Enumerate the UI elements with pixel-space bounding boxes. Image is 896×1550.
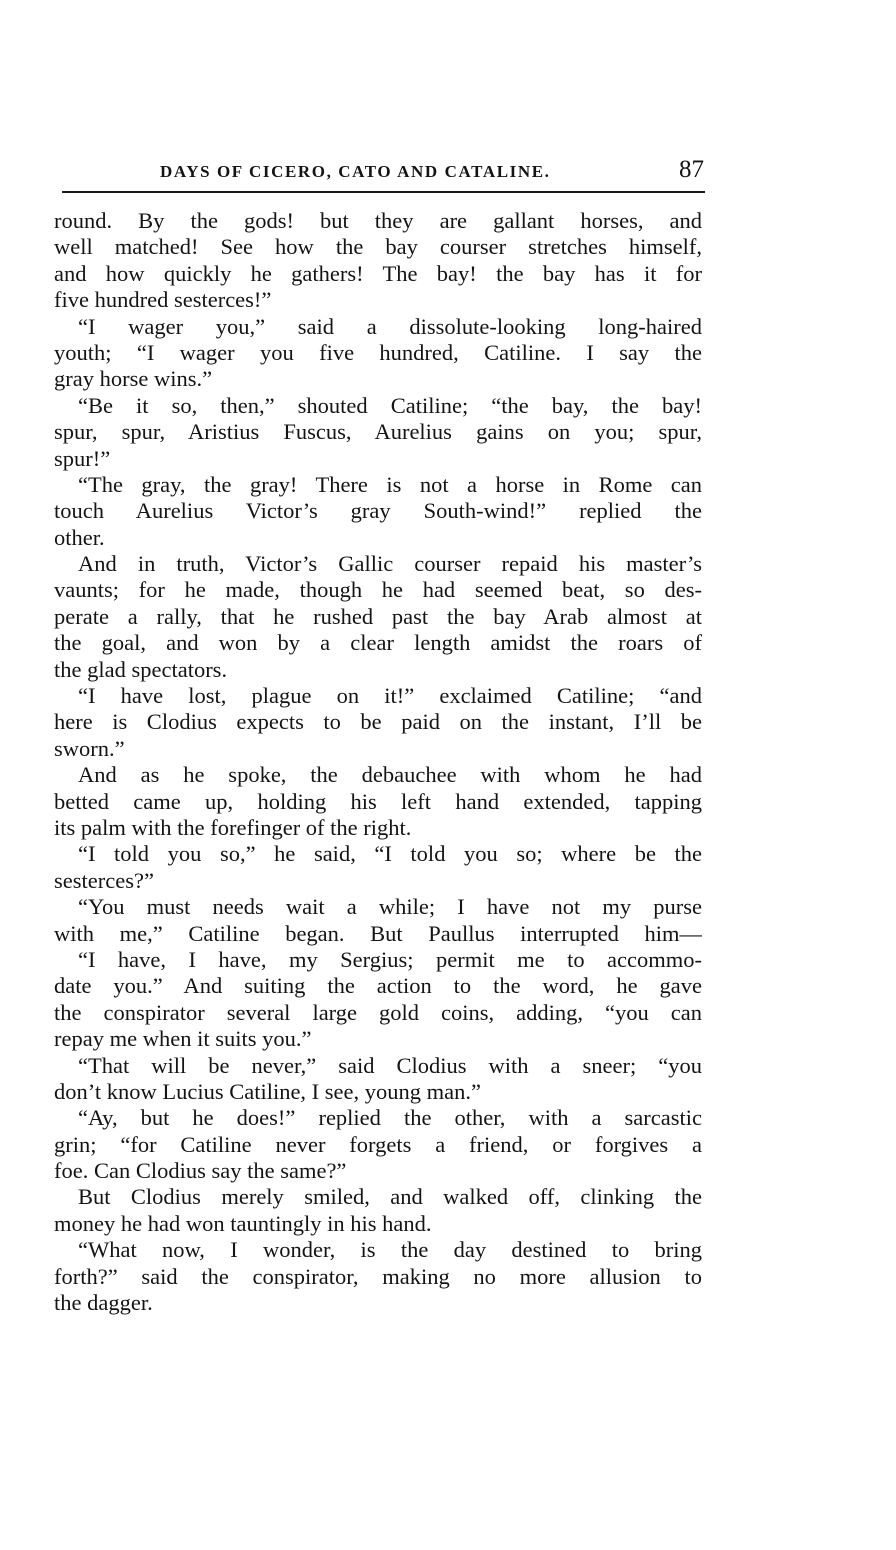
text-line: “I wager you,” said a dissolute-looking … [54,314,702,340]
text-line: five hundred sesterces!” [54,287,702,313]
text-line: repay me when it suits you.” [54,1026,702,1052]
text-line: touch Aurelius Victor’s gray South-wind!… [54,498,702,524]
text-line: “Be it so, then,” shouted Catiline; “the… [54,393,702,419]
text-line: here is Clodius expects to be paid on th… [54,709,702,735]
text-line: sesterces?” [54,868,702,894]
text-line: date you.” And suiting the action to the… [54,973,702,999]
text-line: “That will be never,” said Clodius with … [54,1053,702,1079]
text-line: “What now, I wonder, is the day destined… [54,1237,702,1263]
text-line: other. [54,525,702,551]
text-line: “I have, I have, my Sergius; permit me t… [54,947,702,973]
text-line: betted came up, holding his left hand ex… [54,789,702,815]
header-rule [62,191,705,193]
text-line: youth; “I wager you five hundred, Catili… [54,340,702,366]
text-line: forth?” said the conspirator, making no … [54,1264,702,1290]
text-line: “I have lost, plague on it!” exclaimed C… [54,683,702,709]
body-text: round. By the gods! but they are gallant… [54,208,702,1316]
text-line: But Clodius merely smiled, and walked of… [54,1184,702,1210]
text-line: and how quickly he gathers! The bay! the… [54,261,702,287]
text-line: spur, spur, Aristius Fuscus, Aurelius ga… [54,419,702,445]
text-line: round. By the gods! but they are gallant… [54,208,702,234]
running-title: DAYS OF CICERO, CATO AND CATALINE. [160,162,551,182]
text-line: its palm with the forefinger of the righ… [54,815,702,841]
text-line: “The gray, the gray! There is not a hors… [54,472,702,498]
text-line: “Ay, but he does!” replied the other, wi… [54,1105,702,1131]
text-line: don’t know Lucius Catiline, I see, young… [54,1079,702,1105]
text-line: foe. Can Clodius say the same?” [54,1158,702,1184]
text-line: And as he spoke, the debauchee with whom… [54,762,702,788]
text-line: the conspirator several large gold coins… [54,1000,702,1026]
page-number: 87 [679,156,704,184]
text-line: perate a rally, that he rushed past the … [54,604,702,630]
text-line: gray horse wins.” [54,366,702,392]
text-line: well matched! See how the bay courser st… [54,234,702,260]
text-line: spur!” [54,446,702,472]
running-head: DAYS OF CICERO, CATO AND CATALINE. 87 [62,158,704,188]
text-line: the goal, and won by a clear length amid… [54,630,702,656]
text-line: sworn.” [54,736,702,762]
text-line: the dagger. [54,1290,702,1316]
text-line: vaunts; for he made, though he had seeme… [54,577,702,603]
text-line: “You must needs wait a while; I have not… [54,894,702,920]
text-line: the glad spectators. [54,657,702,683]
book-page: DAYS OF CICERO, CATO AND CATALINE. 87 ro… [0,0,896,1550]
text-line: with me,” Catiline began. But Paullus in… [54,921,702,947]
text-line: And in truth, Victor’s Gallic courser re… [54,551,702,577]
text-line: money he had won tauntingly in his hand. [54,1211,702,1237]
text-line: grin; “for Catiline never forgets a frie… [54,1132,702,1158]
text-line: “I told you so,” he said, “I told you so… [54,841,702,867]
